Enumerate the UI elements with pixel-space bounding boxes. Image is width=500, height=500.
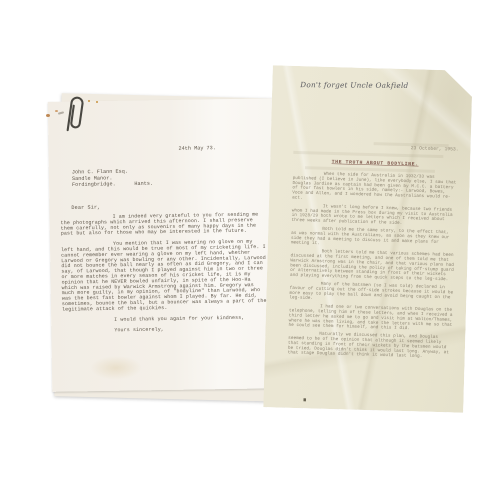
letter-paragraph: Both told me the same story, to the effe… — [291, 226, 456, 250]
left-letter-body: I am indeed very grateful to you for sen… — [61, 212, 270, 340]
letter-paragraph: It wasn't long before I knew, because tw… — [291, 203, 456, 227]
rust-spot — [96, 101, 98, 103]
left-letter-signoff: Yours sincerely, — [62, 326, 269, 335]
address-line: Fordingbridge. Hants. — [72, 181, 153, 189]
letter-paragraph: When the side for Australia in 1932/33 w… — [292, 171, 458, 205]
left-letter-salutation: Dear Sir, — [71, 205, 100, 211]
left-letter-date: 24th May 73. — [178, 145, 216, 152]
left-letter-text: 24th May 73. John C. Flann Esq.Sandle Ma… — [48, 98, 286, 392]
rust-spot — [46, 114, 50, 117]
ink-smudge — [303, 398, 306, 401]
letter-paragraph: I am indeed very grateful to you for sen… — [61, 212, 268, 237]
right-letter-sheet: Don't forget Uncle Oakfield 23 October, … — [263, 65, 472, 412]
left-letter-sheet: 24th May 73. John C. Flann Esq.Sandle Ma… — [48, 98, 286, 392]
right-letter-text: Don't forget Uncle Oakfield 23 October, … — [263, 65, 472, 412]
rust-spot — [88, 100, 90, 102]
letter-paragraph: You mention that I was wearing no glove … — [61, 239, 269, 312]
letter-paragraph: Many of the batsmen (so I was told) decl… — [289, 281, 454, 305]
right-letter-body: When the side for Australia in 1932/33 w… — [288, 171, 458, 363]
left-letter-closing-line: I would thank you again for your kindnes… — [62, 315, 269, 324]
letter-paragraph: I had one or two conversations with Doug… — [288, 303, 454, 332]
letter-paragraph: Naturally we discussed this plan, and Do… — [288, 331, 454, 360]
letter-paragraph: Both letters told me that various scheme… — [290, 248, 456, 282]
letters-photograph: 24th May 73. John C. Flann Esq.Sandle Ma… — [0, 0, 500, 500]
handwritten-ink-note: Don't forget Uncle Oakfield — [300, 81, 408, 90]
left-letter-recipient-address: John C. Flann Esq.Sandle Manor.Fordingbr… — [72, 168, 153, 188]
bleed-through-mark — [293, 151, 443, 158]
